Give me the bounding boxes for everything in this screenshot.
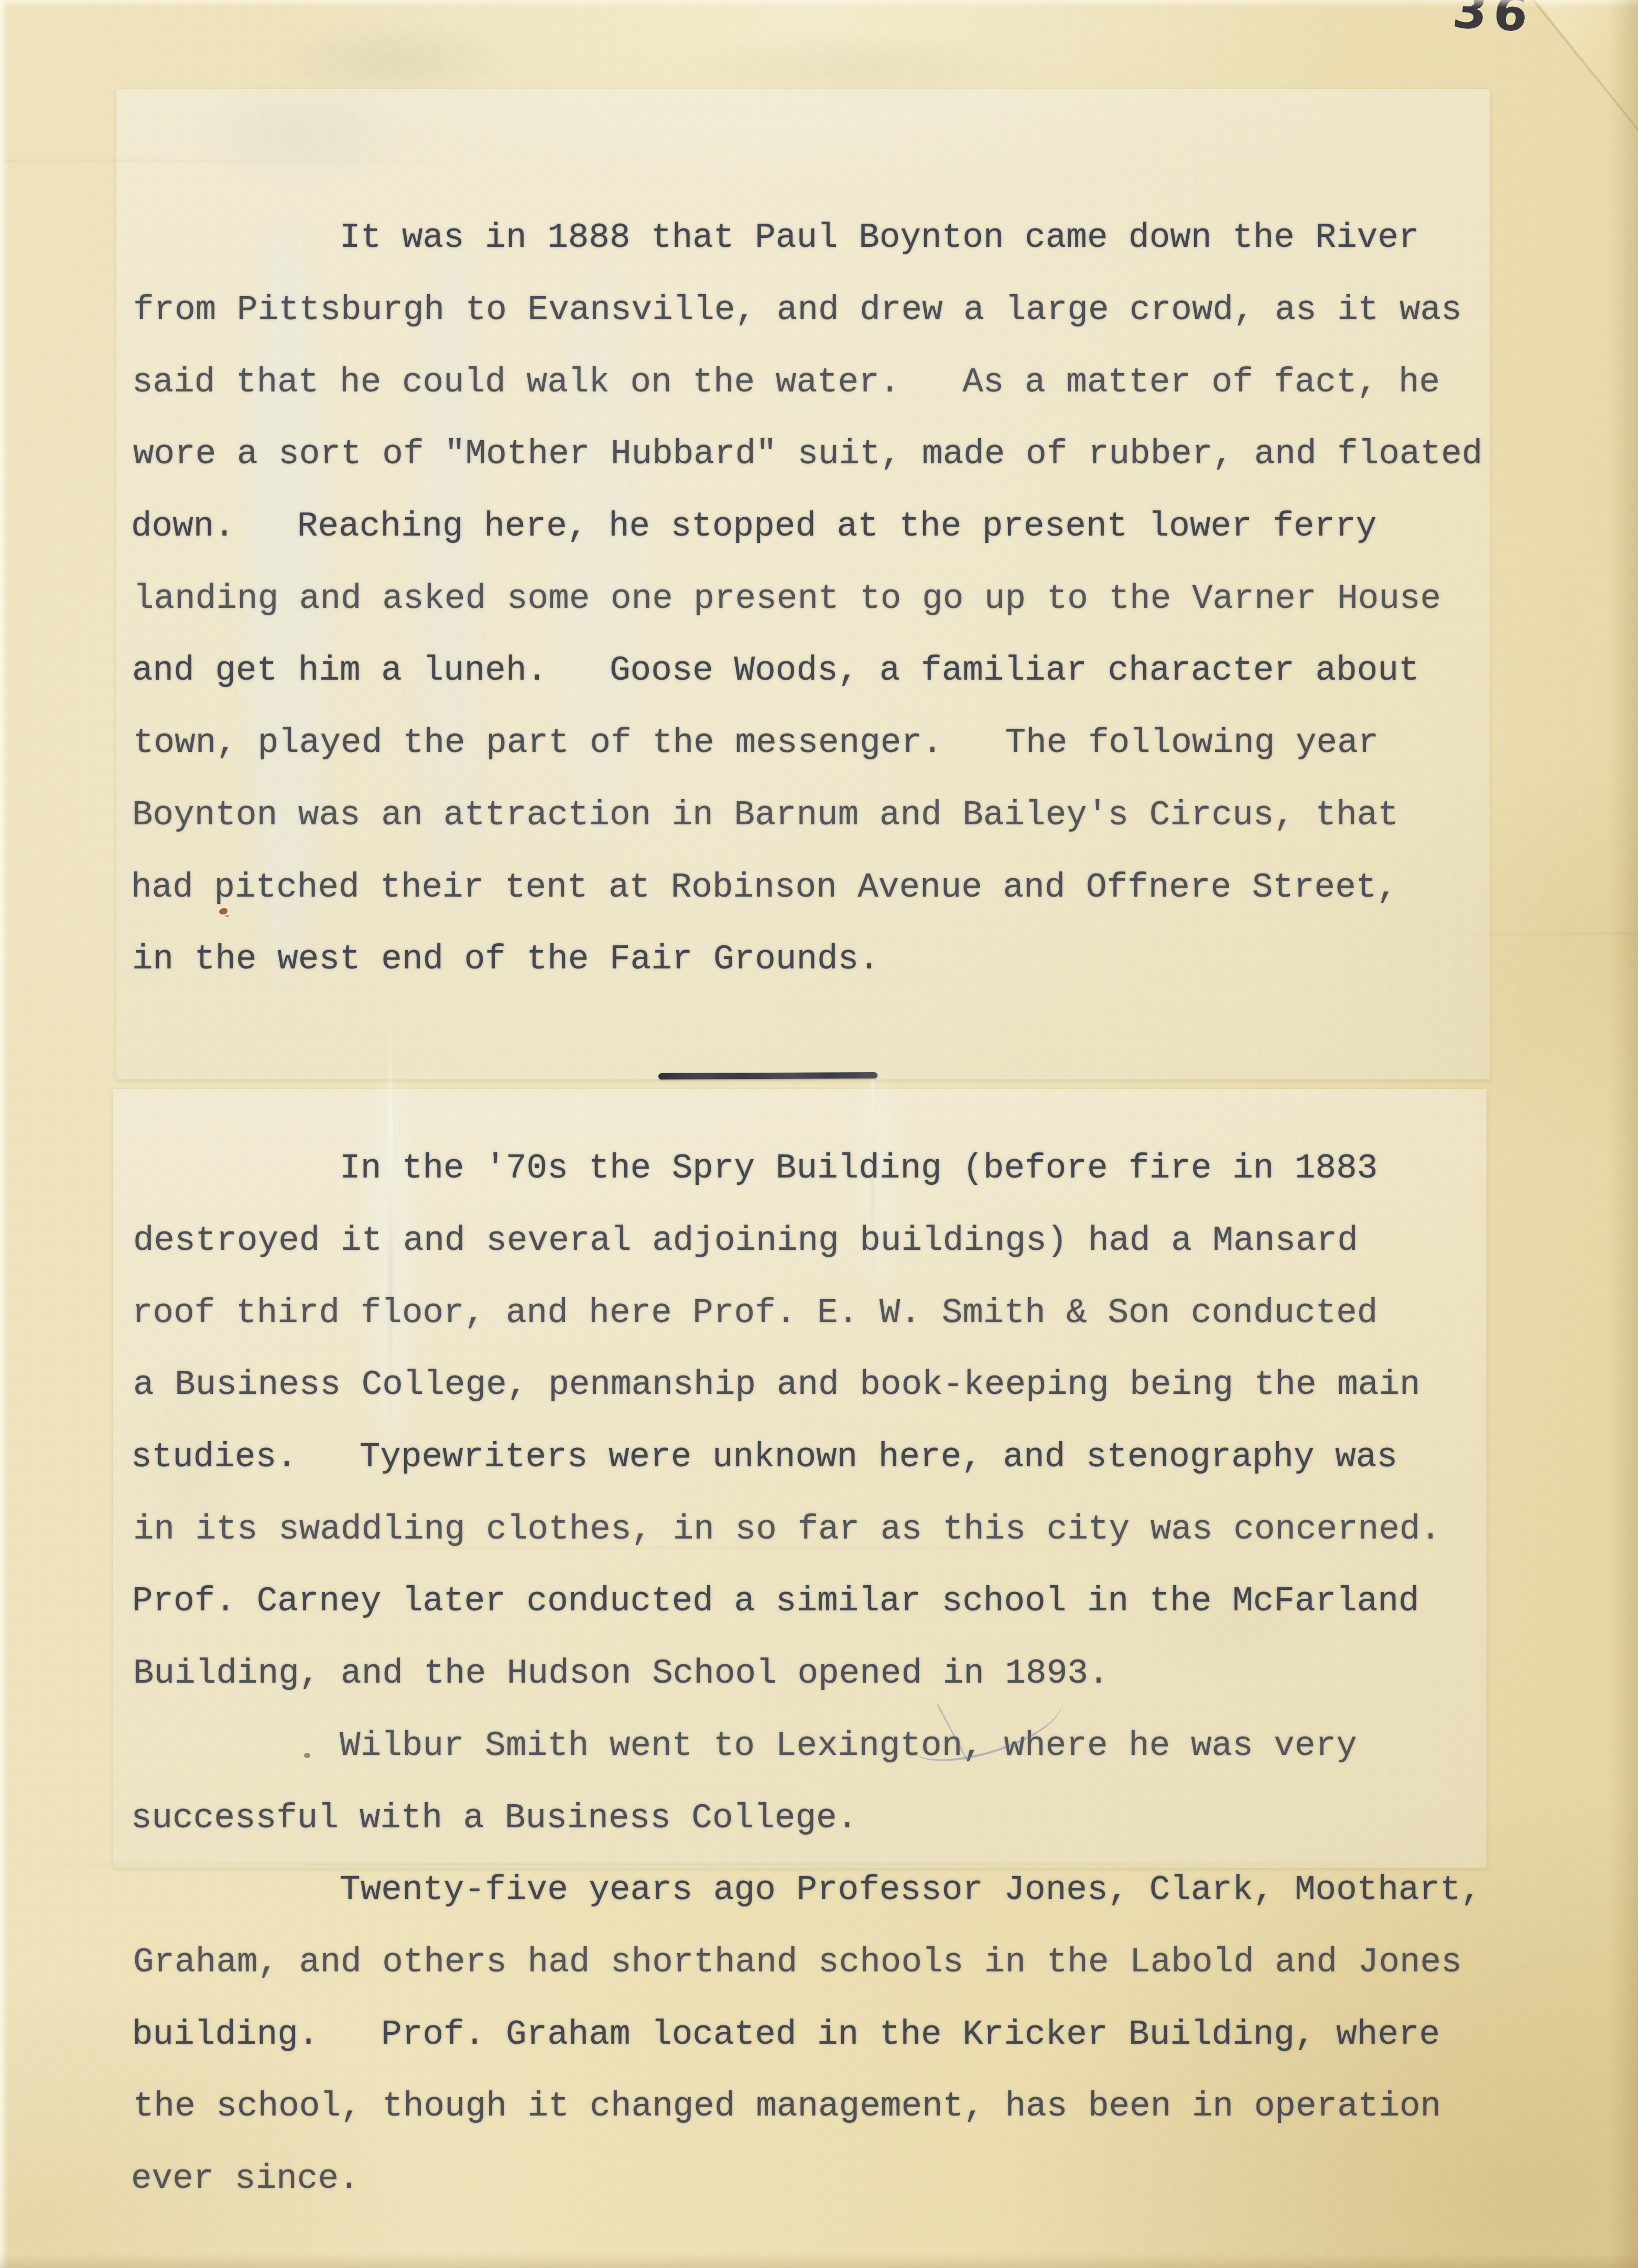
typed-line: down. Reaching here, he stopped at the p… [131,490,1546,563]
page-edge-right [1609,0,1638,2268]
clipping-2-text: In the '70s the Spry Building (before fi… [132,1132,1547,2215]
typed-line: wore a sort of "Mother Hubbard" suit, ma… [133,418,1548,490]
typed-line: a Business College, penmanship and book-… [133,1349,1548,1421]
typed-line: had pitched their tent at Robinson Avenu… [131,851,1546,923]
pencil-dot [304,1753,310,1758]
typed-line: building. Prof. Graham located in the Kr… [132,1998,1547,2070]
typed-line: in the west end of the Fair Grounds. [132,923,1547,996]
typed-line: It was in 1888 that Paul Boynton came do… [132,202,1547,274]
typed-line: in its swaddling clothes, in so far as t… [133,1493,1548,1565]
paper-crease [0,160,514,162]
typed-line: the school, though it changed management… [133,2070,1548,2143]
typed-line: destroyed it and several adjoining build… [133,1205,1548,1277]
typed-line: Boynton was an attraction in Barnum and … [132,779,1547,852]
typed-line: Building, and the Hudson School opened i… [133,1638,1548,1710]
document-page: 36 It was in 1888 that Paul Boynton came… [0,0,1638,2268]
typed-line: Twenty-five years ago Professor Jones, C… [132,1854,1547,1926]
typed-line: successful with a Business College. [131,1782,1546,1854]
typed-line: said that he could walk on the water. As… [132,346,1547,418]
typed-line: Graham, and others had shorthand schools… [133,1926,1548,1999]
page-edge-left [0,0,8,2268]
typed-line: and get him a luneh. Goose Woods, a fami… [132,635,1547,707]
typed-line: town, played the part of the messenger. … [133,707,1548,779]
typed-line: ever since. [131,2143,1546,2215]
typed-line: In the '70s the Spry Building (before fi… [132,1132,1547,1205]
typed-line: Wilbur Smith went to Lexington, where he… [132,1710,1547,1782]
clipping-1-text: It was in 1888 that Paul Boynton came do… [132,202,1547,996]
typed-line: studies. Typewriters were unknown here, … [131,1421,1546,1493]
page-edge-top [0,0,1638,7]
paper-stain [273,21,514,100]
typed-line: landing and asked some one present to go… [133,562,1548,635]
typed-line: from Pittsburgh to Evansville, and drew … [133,274,1548,346]
page-edge-bottom [0,2253,1638,2268]
typed-line: Prof. Carney later conducted a similar s… [132,1565,1547,1638]
typed-line: roof third floor, and here Prof. E. W. S… [132,1277,1547,1349]
typed-divider-rule [658,1072,877,1080]
